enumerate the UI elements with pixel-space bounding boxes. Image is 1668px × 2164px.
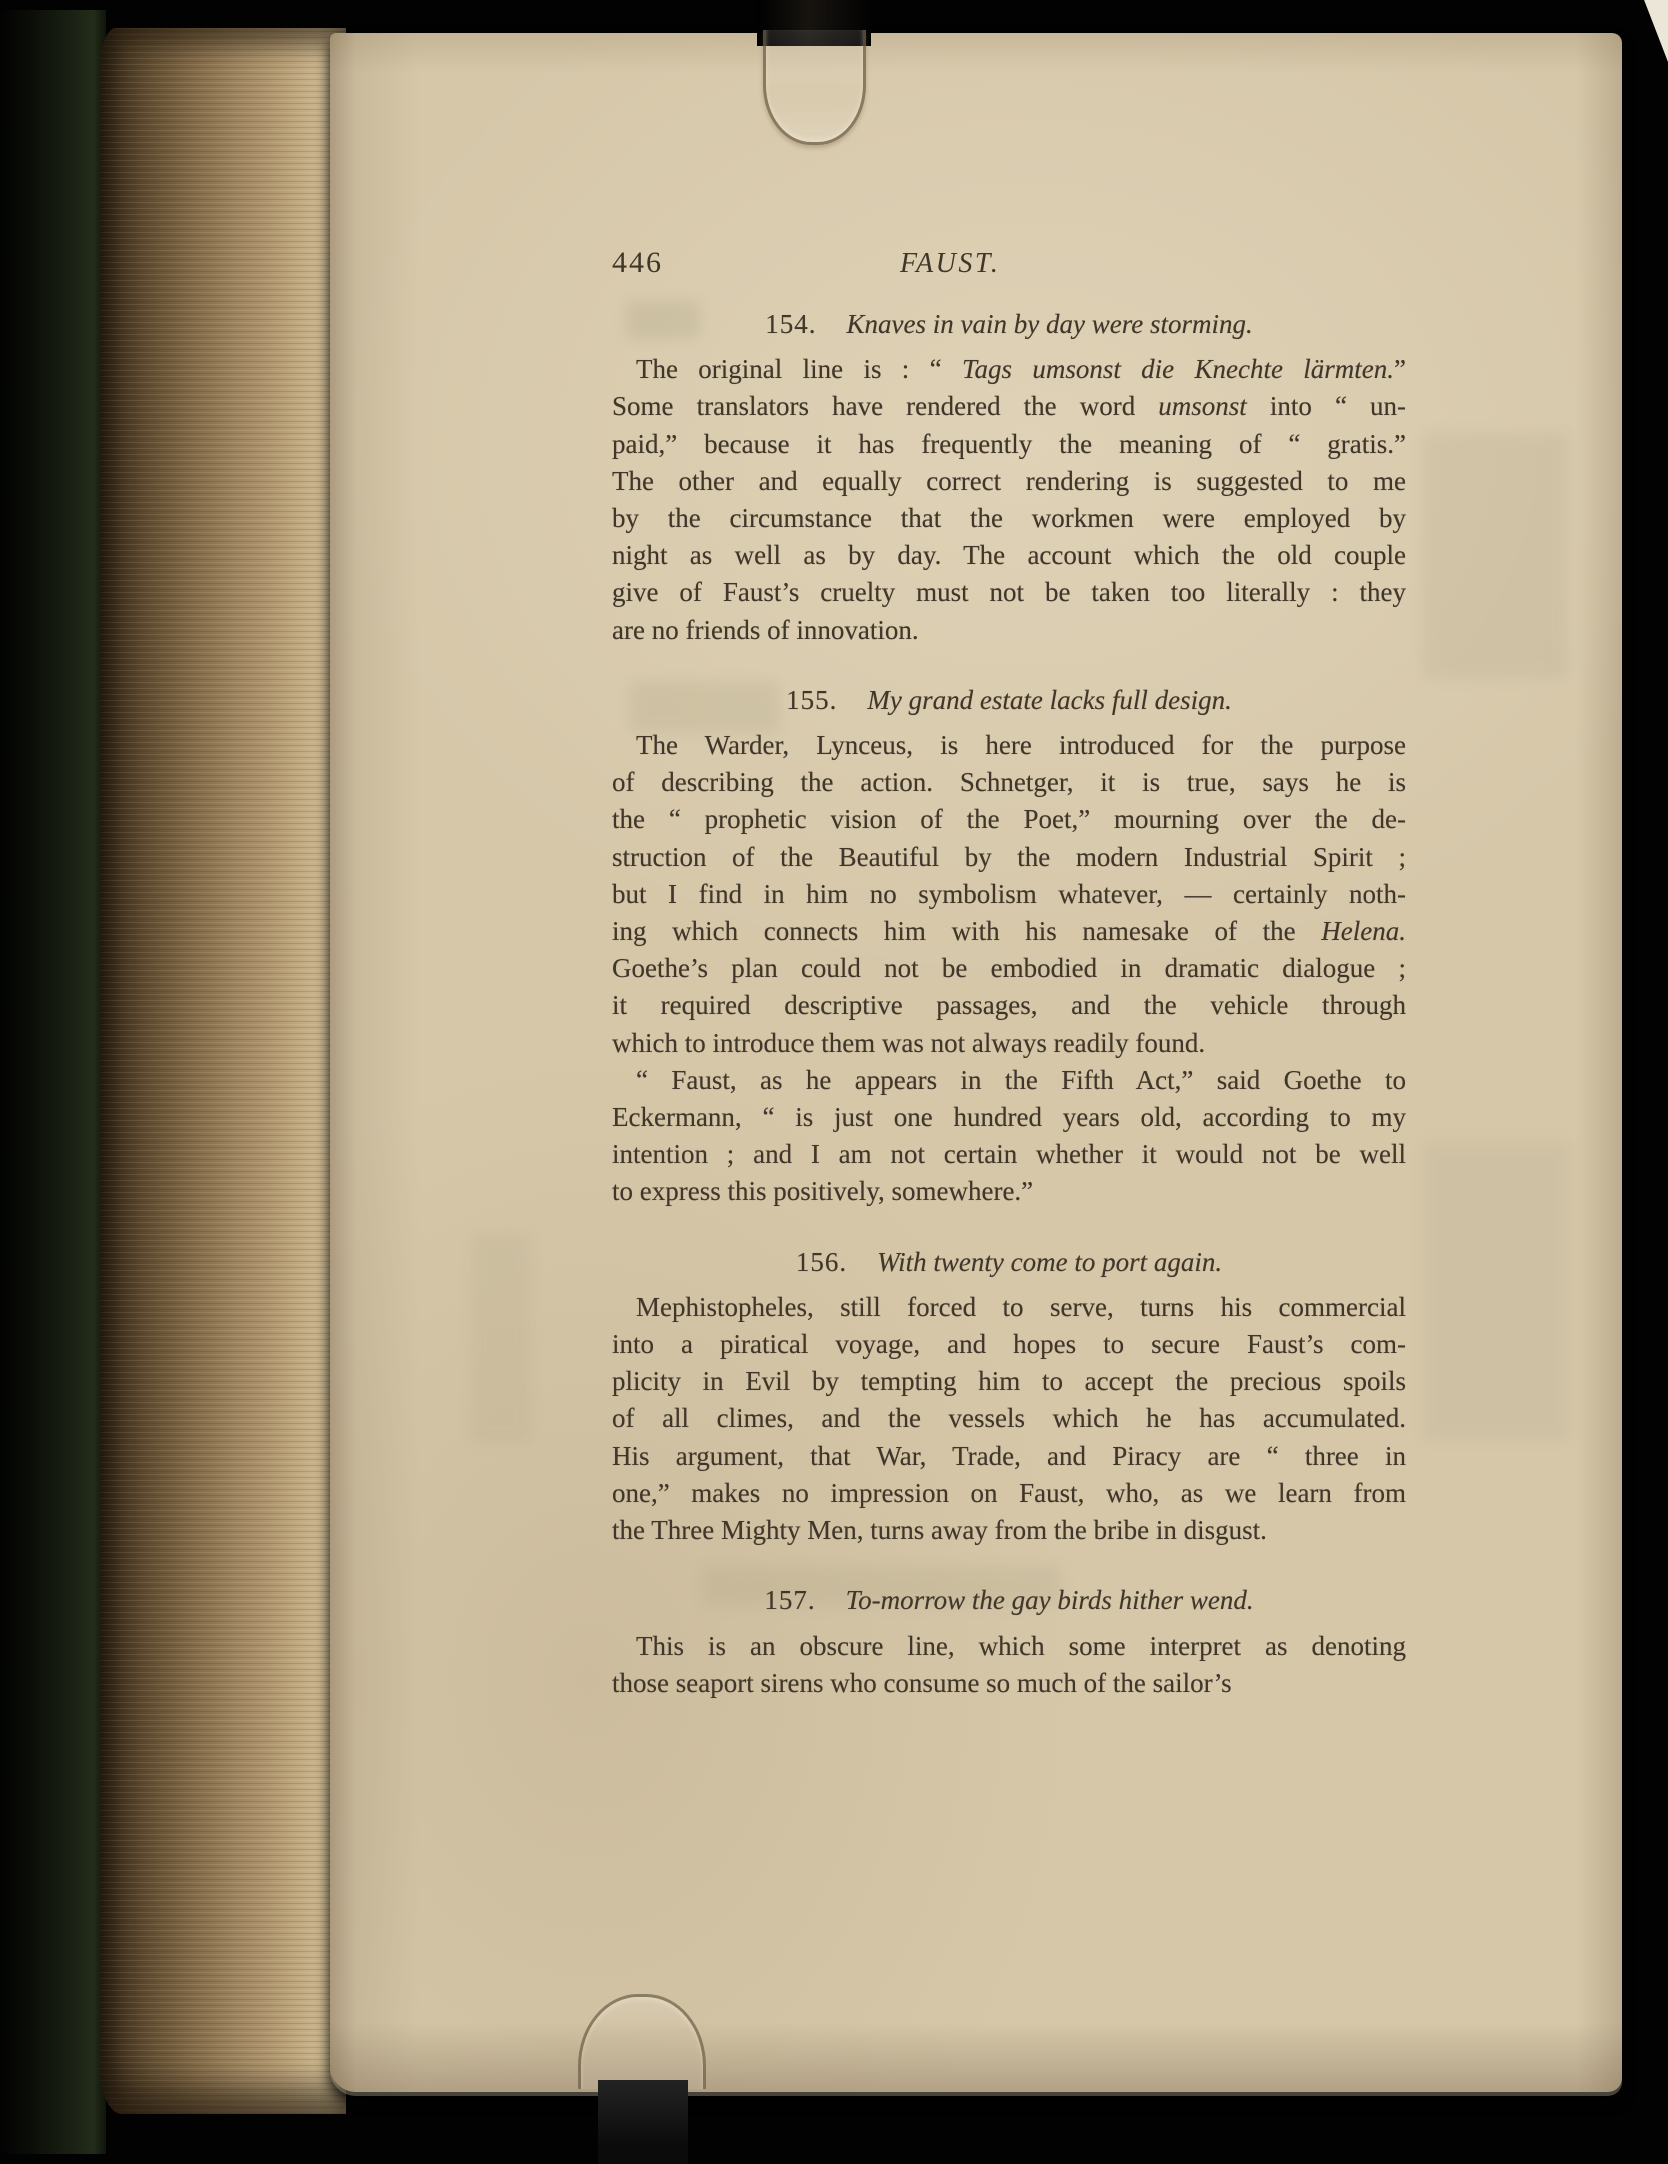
show-through-smudge	[470, 1233, 532, 1443]
text-line: ing which connects him with his namesake…	[612, 913, 1406, 950]
paragraph: Mephistopheles, still forced to serve, t…	[612, 1289, 1406, 1549]
section-title: Knaves in vain by day were storming.	[847, 309, 1253, 339]
text-line: give of Faust’s cruelty must not be take…	[612, 574, 1406, 611]
background-paper-corner	[1642, 0, 1668, 62]
text-line: the Three Mighty Men, turns away from th…	[612, 1512, 1406, 1549]
text-line: intention ; and I am not certain whether…	[612, 1136, 1406, 1173]
text-line: This is an obscure line, which some inte…	[612, 1628, 1406, 1665]
text-line: of describing the action. Schnetger, it …	[612, 764, 1406, 801]
sections: 154.Knaves in vain by day were storming.…	[612, 306, 1406, 1702]
stacked-page-edges	[100, 28, 346, 2114]
text-line: His argument, that War, Trade, and Pirac…	[612, 1438, 1406, 1475]
text-line: Eckermann, “ is just one hundred years o…	[612, 1099, 1406, 1136]
section-heading: 156.With twenty come to port again.	[612, 1244, 1406, 1281]
text-line: The original line is : “ Tags umsonst di…	[612, 351, 1406, 388]
section-number: 156.	[796, 1247, 847, 1277]
text-line: The Warder, Lynceus, is here introduced …	[612, 727, 1406, 764]
section-title: With twenty come to port again.	[877, 1247, 1222, 1277]
book-cover-edge	[0, 10, 106, 2154]
paragraph: The Warder, Lynceus, is here introduced …	[612, 727, 1406, 1062]
text-line: Some translators have rendered the word …	[612, 388, 1406, 425]
text-line: by the circumstance that the workmen wer…	[612, 500, 1406, 537]
page-holder-clip-top	[763, 30, 866, 145]
text-line: are no friends of innovation.	[612, 612, 1406, 649]
text-line: paid,” because it has frequently the mea…	[612, 426, 1406, 463]
section-number: 154.	[765, 309, 816, 339]
section-heading: 157.To-morrow the gay birds hither wend.	[612, 1582, 1406, 1619]
note-section: 155.My grand estate lacks full design.Th…	[612, 682, 1406, 1211]
note-section: 157.To-morrow the gay birds hither wend.…	[612, 1582, 1406, 1702]
section-number: 155.	[786, 685, 837, 715]
paragraph: This is an obscure line, which some inte…	[612, 1628, 1406, 1702]
text-line: which to introduce them was not always r…	[612, 1025, 1406, 1062]
paragraph: “ Faust, as he appears in the Fifth Act,…	[612, 1062, 1406, 1211]
show-through-smudge	[1422, 1141, 1572, 1441]
section-heading: 154.Knaves in vain by day were storming.	[612, 306, 1406, 343]
book-photo: 446 FAUST. 154.Knaves in vain by day wer…	[0, 0, 1668, 2164]
text-line: of all climes, and the vessels which he …	[612, 1400, 1406, 1437]
text-line: to express this positively, somewhere.”	[612, 1173, 1406, 1210]
text-line: struction of the Beautiful by the modern…	[612, 839, 1406, 876]
note-section: 154.Knaves in vain by day were storming.…	[612, 306, 1406, 649]
running-title: FAUST.	[900, 248, 1000, 280]
show-through-smudge	[1422, 433, 1568, 679]
text-line: one,” makes no impression on Faust, who,…	[612, 1475, 1406, 1512]
text-line: plicity in Evil by tempting him to accep…	[612, 1363, 1406, 1400]
paragraph: The original line is : “ Tags umsonst di…	[612, 351, 1406, 649]
text-line: but I find in him no symbolism whatever,…	[612, 876, 1406, 913]
text-line: it required descriptive passages, and th…	[612, 987, 1406, 1024]
text-line: “ Faust, as he appears in the Fifth Act,…	[612, 1062, 1406, 1099]
page-number: 446	[612, 246, 663, 280]
section-title: My grand estate lacks full design.	[867, 685, 1231, 715]
text-line: Goethe’s plan could not be embodied in d…	[612, 950, 1406, 987]
page-header: 446 FAUST.	[612, 244, 1406, 286]
section-title: To-morrow the gay birds hither wend.	[846, 1585, 1254, 1615]
text-line: into a piratical voyage, and hopes to se…	[612, 1326, 1406, 1363]
text-line: those seaport sirens who consume so much…	[612, 1665, 1406, 1702]
text-line: Mephistopheles, still forced to serve, t…	[612, 1289, 1406, 1326]
section-heading: 155.My grand estate lacks full design.	[612, 682, 1406, 719]
text-line: The other and equally correct rendering …	[612, 463, 1406, 500]
page-holder-strap-bottom	[598, 2080, 688, 2164]
text-line: night as well as by day. The account whi…	[612, 537, 1406, 574]
section-number: 157.	[764, 1585, 815, 1615]
note-section: 156.With twenty come to port again.Mephi…	[612, 1244, 1406, 1550]
text-line: the “ prophetic vision of the Poet,” mou…	[612, 801, 1406, 838]
